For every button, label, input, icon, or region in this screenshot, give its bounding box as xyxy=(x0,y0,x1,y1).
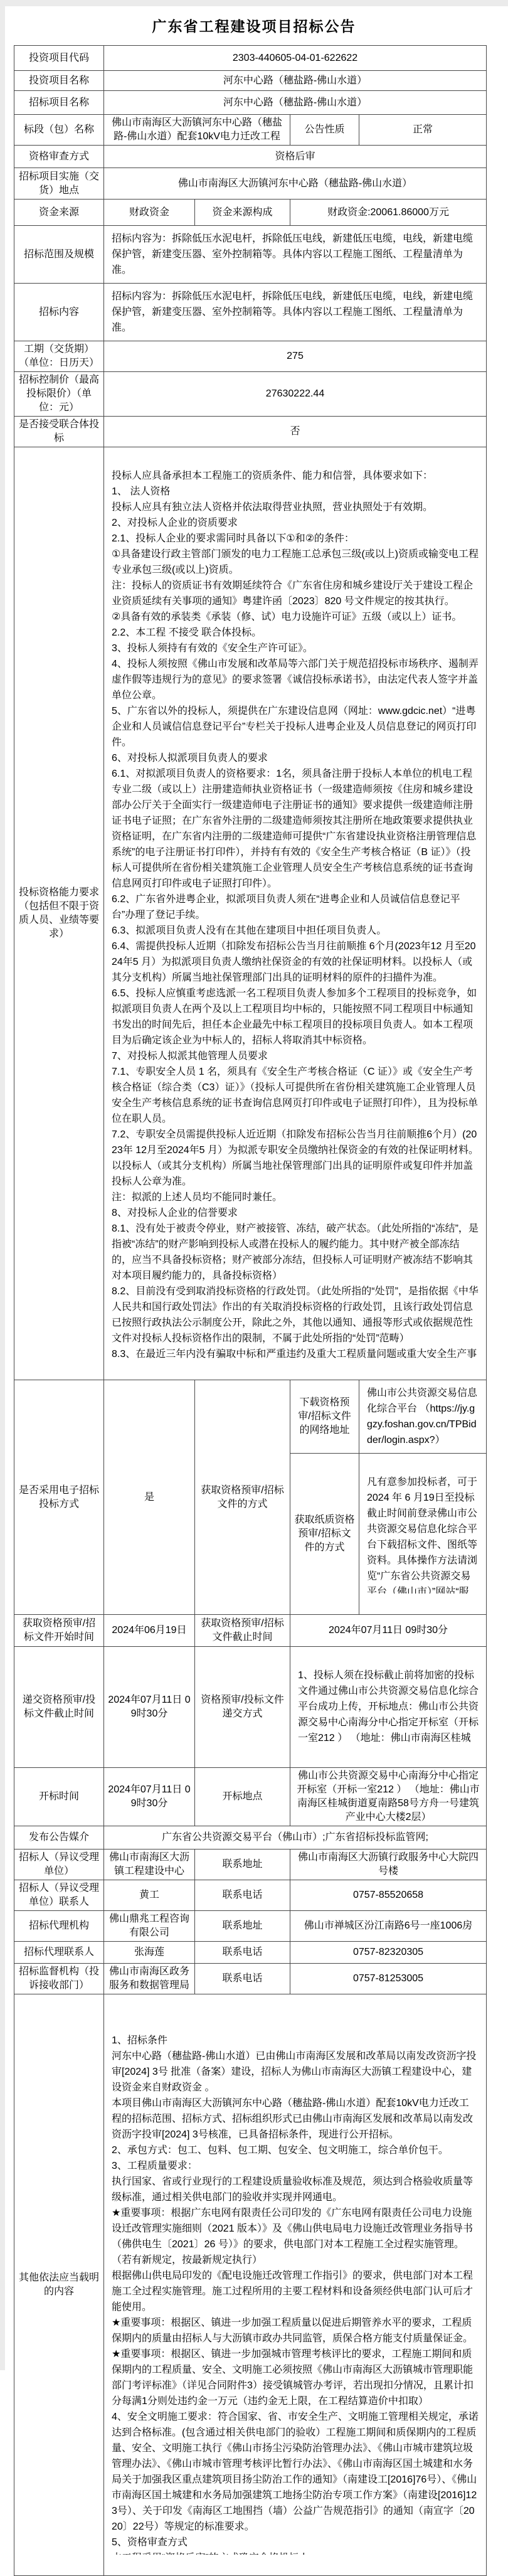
table-row: 招标人（异议受理单位）联系人 黄工 联系电话 0757-85520658 xyxy=(14,1880,487,1911)
page-title: 广东省工程建设项目招标公告 xyxy=(0,15,508,36)
table-row: 投标资格能力要求（包括但不限于资质人员、业绩等要求） 投标人应具备承担本工程施工… xyxy=(14,447,487,1380)
table-row: 招标监督机构（投诉接收部门） 佛山市南海区政务服务和数据管理局 联系电话 075… xyxy=(14,1964,487,1994)
agency-address-label: 联系地址 xyxy=(195,1911,290,1942)
tender-content-value: 招标内容为：拆除低压水泥电杆，拆除低压电线，新建低压电缆，电线，新建电缆保护管，… xyxy=(104,284,487,341)
agency-contact-value: 张海莲 xyxy=(104,1942,195,1964)
table-row: 招标项目实施（交货）地点 佛山市南海区大沥镇河东中心路（穗盐路-佛山水道） xyxy=(14,168,487,200)
bid-opening-time-value: 2024年07月11日 09时30分 xyxy=(104,1768,195,1826)
download-url-label: 下载资格预审/招标文件的网络地址 xyxy=(290,1380,359,1454)
table-row: 招标内容 招标内容为：拆除低压水泥电杆，拆除低压电线，新建低压电缆，电线，新建电… xyxy=(14,284,487,341)
other-required-content-label: 其他依法应当载明的内容 xyxy=(14,1994,104,2576)
table-row: 工期（交货期）（单位：日历天） 275 xyxy=(14,341,487,372)
page-left-edge xyxy=(0,0,5,2370)
tenderer-contact-label: 招标人（异议受理单位）联系人 xyxy=(14,1880,104,1911)
table-row: 投资项目名称 河东中心路（穗盐路-佛山水道） xyxy=(14,71,487,91)
table-row: 招标控制价（最高投标限价）（单位：元） 27630222.44 xyxy=(14,372,487,417)
table-row: 投资项目代码 2303-440605-04-01-622622 xyxy=(14,46,487,71)
agency-value: 佛山鼎兆工程咨询有限公司 xyxy=(104,1911,195,1942)
investment-project-code-label: 投资项目代码 xyxy=(14,46,104,71)
announcement-nature-value: 正常 xyxy=(359,115,487,146)
bidder-qualification-requirements-text: 投标人应具备承担本工程施工的资质条件、能力和信誉，具体要求如下： 1、 法人资格… xyxy=(112,468,479,1359)
table-row: 标段（包）名称 佛山市南海区大沥镇河东中心路（穗盐路-佛山水道）配套10kV电力… xyxy=(14,115,487,146)
tender-scope-label: 招标范围及规模 xyxy=(14,226,104,284)
tenderer-label: 招标人（异议受理单位） xyxy=(14,1850,104,1880)
submission-deadline-value: 2024年07月11日 09时30分 xyxy=(104,1647,195,1768)
agency-contact-label: 招标代理联系人 xyxy=(14,1942,104,1964)
fund-source-label: 资金来源 xyxy=(14,200,104,226)
bid-opening-time-label: 开标时间 xyxy=(14,1768,104,1826)
paper-document-method-value: 凡有意参加投标者，可于 2024 年 6 月19日至投标截止时间前登录佛山市公共… xyxy=(359,1454,487,1615)
tenderer-address-value: 佛山市南海区大沥镇行政服务中心大院四号楼 xyxy=(290,1850,487,1880)
table-row: 获取资格预审/招标文件开始时间 2024年06月19日 获取资格预审/招标文件截… xyxy=(14,1615,487,1647)
supervision-phone-label: 联系电话 xyxy=(195,1964,290,1994)
project-location-value: 佛山市南海区大沥镇河东中心路（穗盐路-佛山水道） xyxy=(104,168,487,200)
bid-opening-place-value: 佛山市公共资源交易中心南海分中心指定开标室（开标一室212 ） （地址：佛山市南… xyxy=(290,1768,487,1826)
paper-document-method-label: 获取纸质资格预审/招标文件的方式 xyxy=(290,1454,359,1615)
other-required-content-text: 1、招标条件 河东中心路（穗盐路-佛山水道）已由佛山市南海区发展和改革局以南发改… xyxy=(112,2015,479,2555)
consortium-accepted-label: 是否接受联合体投标 xyxy=(14,417,104,447)
fund-source-value: 财政资金 xyxy=(104,200,195,226)
agency-phone-label: 联系电话 xyxy=(195,1942,290,1964)
agency-address-value: 佛山市禅城区汾江南路6号一座1006房 xyxy=(290,1911,487,1942)
table-row: 开标时间 2024年07月11日 09时30分 开标地点 佛山市公共资源交易中心… xyxy=(14,1768,487,1826)
table-row: 发布公告媒介 广东省公共资源交易平台（佛山市）;广东省招标投标监管网; xyxy=(14,1826,487,1850)
document-deadline-label: 获取资格预审/招标文件截止时间 xyxy=(195,1615,290,1647)
document-start-time-value: 2024年06月19日 xyxy=(104,1615,195,1647)
bidder-qualification-requirements-label: 投标资格能力要求（包括但不限于资质人员、业绩等要求） xyxy=(14,447,104,1380)
other-required-content-value: 1、招标条件 河东中心路（穗盐路-佛山水道）已由佛山市南海区发展和改革局以南发改… xyxy=(104,1994,487,2576)
construction-period-label: 工期（交货期）（单位：日历天） xyxy=(14,341,104,372)
supervision-agency-label: 招标监督机构（投诉接收部门） xyxy=(14,1964,104,1994)
fund-composition-value: 财政资金:20061.86000万元 xyxy=(290,200,487,226)
download-url-value: 佛山市公共资源交易信息化综合平台 （https://jy.ggzy.foshan… xyxy=(359,1380,487,1454)
announcement-media-value: 广东省公共资源交易平台（佛山市）;广东省招标投标监管网; xyxy=(104,1826,487,1850)
bidder-qualification-requirements-value: 投标人应具备承担本工程施工的资质条件、能力和信誉，具体要求如下： 1、 法人资格… xyxy=(104,447,487,1380)
bid-opening-place-label: 开标地点 xyxy=(195,1768,290,1826)
tender-project-name-label: 招标项目名称 xyxy=(14,91,104,115)
table-row: 招标代理机构 佛山鼎兆工程咨询有限公司 联系地址 佛山市禅城区汾江南路6号一座1… xyxy=(14,1911,487,1942)
table-row: 其他依法应当载明的内容 1、招标条件 河东中心路（穗盐路-佛山水道）已由佛山市南… xyxy=(14,1994,487,2576)
tender-announcement-table: 投资项目代码 2303-440605-04-01-622622 投资项目名称 河… xyxy=(14,45,487,2576)
tenderer-value: 佛山市南海区大沥镇工程建设中心 xyxy=(104,1850,195,1880)
document-deadline-value: 2024年07月11日 09时30分 xyxy=(290,1615,487,1647)
page-top-edge xyxy=(0,0,508,6)
qualification-review-method-value: 资格后审 xyxy=(104,146,487,168)
table-row: 招标代理联系人 张海莲 联系电话 0757-82320305 xyxy=(14,1942,487,1964)
price-ceiling-value: 27630222.44 xyxy=(104,372,487,417)
project-location-label: 招标项目实施（交货）地点 xyxy=(14,168,104,200)
table-row: 是否采用电子招标投标方式 是 获取资格预审/招标文件的方式 下载资格预审/招标文… xyxy=(14,1380,487,1454)
agency-phone-value: 0757-82320305 xyxy=(290,1942,487,1964)
submission-method-value: 1、投标人须在投标截止前将加密的投标文件通过佛山市公共资源交易信息化综合平台成功… xyxy=(290,1647,487,1768)
submission-method-label: 资格预审/投标文件递交方式 xyxy=(195,1647,290,1768)
agency-label: 招标代理机构 xyxy=(14,1911,104,1942)
investment-project-name-label: 投资项目名称 xyxy=(14,71,104,91)
table-row: 递交资格预审/投标文件截止时间 2024年07月11日 09时30分 资格预审/… xyxy=(14,1647,487,1768)
announcement-media-label: 发布公告媒介 xyxy=(14,1826,104,1850)
section-package-name-label: 标段（包）名称 xyxy=(14,115,104,146)
table-row: 是否接受联合体投标 否 xyxy=(14,417,487,447)
table-row: 招标项目名称 河东中心路（穗盐路-佛山水道） xyxy=(14,91,487,115)
document-acquisition-method-label: 获取资格预审/招标文件的方式 xyxy=(195,1380,290,1615)
table-row: 资金来源 财政资金 资金来源构成 财政资金:20061.86000万元 xyxy=(14,200,487,226)
construction-period-value: 275 xyxy=(104,341,487,372)
electronic-bidding-value: 是 xyxy=(104,1380,195,1615)
announcement-nature-label: 公告性质 xyxy=(290,115,359,146)
table-row: 资格审查方式 资格后审 xyxy=(14,146,487,168)
tenderer-address-label: 联系地址 xyxy=(195,1850,290,1880)
investment-project-name-value: 河东中心路（穗盐路-佛山水道） xyxy=(104,71,487,91)
tenderer-contact-value: 黄工 xyxy=(104,1880,195,1911)
tenderer-phone-value: 0757-85520658 xyxy=(290,1880,487,1911)
investment-project-code-value: 2303-440605-04-01-622622 xyxy=(104,46,487,71)
section-package-name-value: 佛山市南海区大沥镇河东中心路（穗盐路-佛山水道）配套10kV电力迁改工程 xyxy=(104,115,290,146)
supervision-phone-value: 0757-81253005 xyxy=(290,1964,487,1994)
electronic-bidding-label: 是否采用电子招标投标方式 xyxy=(14,1380,104,1615)
submission-method-text: 1、投标人须在投标截止前将加密的投标文件通过佛山市公共资源交易信息化综合平台成功… xyxy=(298,1668,479,1747)
tender-project-name-value: 河东中心路（穗盐路-佛山水道） xyxy=(104,91,487,115)
document-start-time-label: 获取资格预审/招标文件开始时间 xyxy=(14,1615,104,1647)
paper-document-method-text: 凡有意参加投标者，可于 2024 年 6 月19日至投标截止时间前登录佛山市公共… xyxy=(367,1474,479,1594)
consortium-accepted-value: 否 xyxy=(104,417,487,447)
submission-deadline-label: 递交资格预审/投标文件截止时间 xyxy=(14,1647,104,1768)
tender-scope-value: 招标内容为：拆除低压水泥电杆，拆除低压电线，新建低压电缆，电线，新建电缆保护管，… xyxy=(104,226,487,284)
fund-composition-label: 资金来源构成 xyxy=(195,200,290,226)
supervision-agency-value: 佛山市南海区政务服务和数据管理局 xyxy=(104,1964,195,1994)
tender-content-label: 招标内容 xyxy=(14,284,104,341)
tenderer-phone-label: 联系电话 xyxy=(195,1880,290,1911)
qualification-review-method-label: 资格审查方式 xyxy=(14,146,104,168)
table-row: 招标人（异议受理单位） 佛山市南海区大沥镇工程建设中心 联系地址 佛山市南海区大… xyxy=(14,1850,487,1880)
price-ceiling-label: 招标控制价（最高投标限价）（单位：元） xyxy=(14,372,104,417)
table-row: 招标范围及规模 招标内容为：拆除低压水泥电杆，拆除低压电线，新建低压电缆，电线，… xyxy=(14,226,487,284)
